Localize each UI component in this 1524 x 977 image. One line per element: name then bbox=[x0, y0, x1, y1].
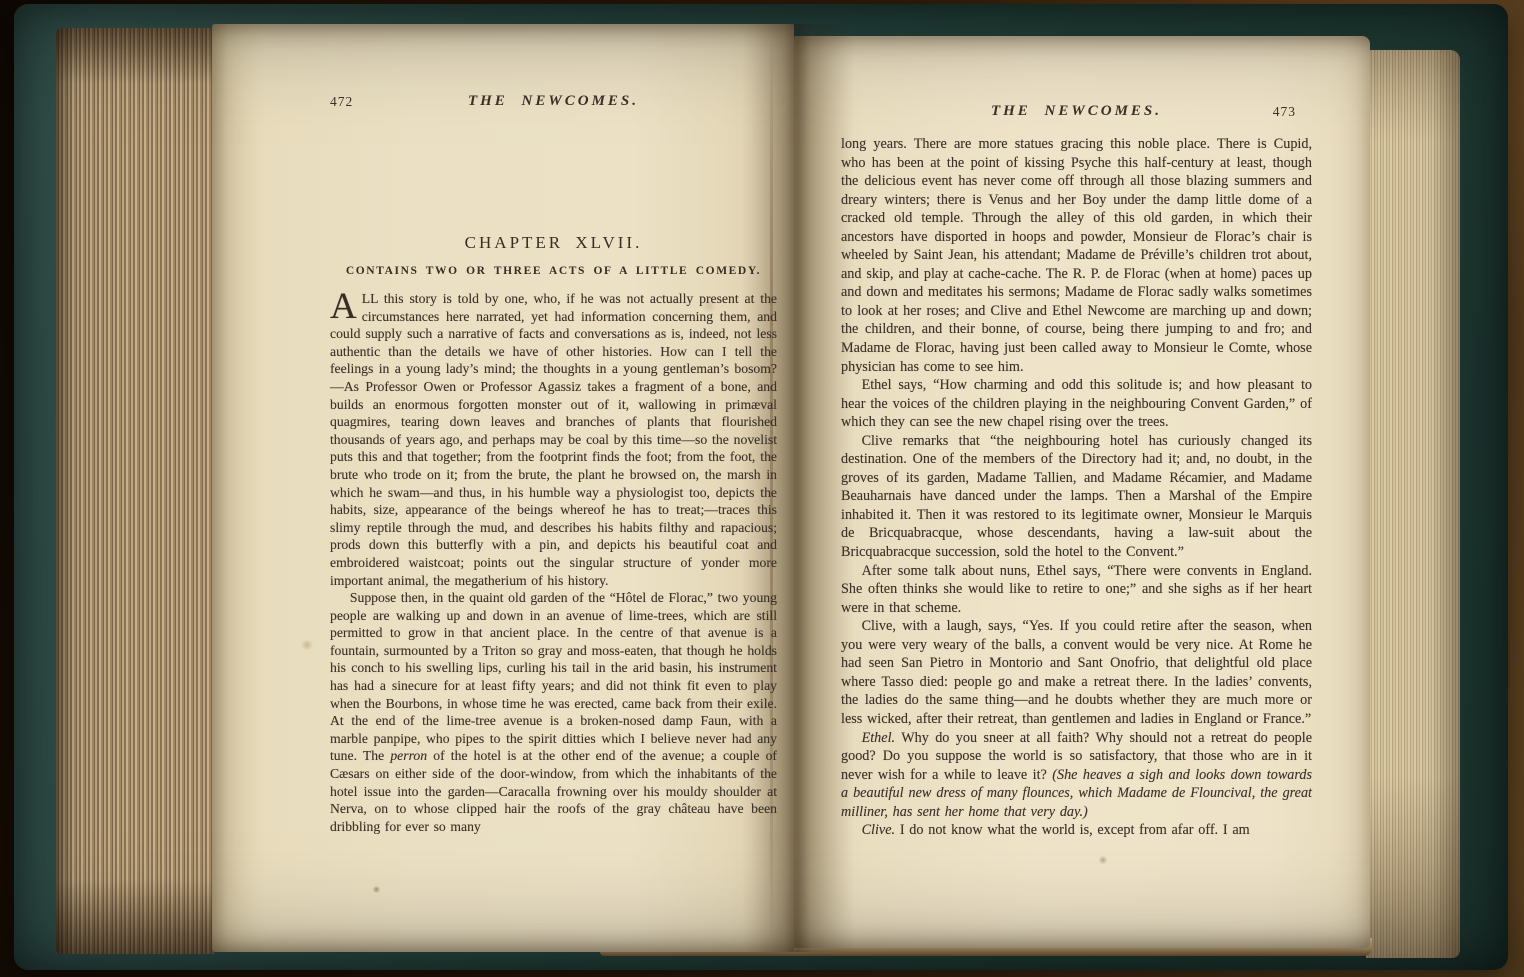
text-segment: Suppose then, in the quaint old garden o… bbox=[330, 590, 777, 763]
book-photo-scene: 472 THE NEWCOMES. CHAPTER XLVII. CONTAIN… bbox=[0, 0, 1524, 977]
right-page-body: long years. There are more statues graci… bbox=[841, 135, 1312, 840]
italic-text-segment: Ethel. bbox=[862, 730, 896, 746]
paragraph: Clive. I do not know what the world is, … bbox=[841, 821, 1312, 840]
paragraph: Clive remarks that “the neighbouring hot… bbox=[841, 432, 1312, 562]
right-page-text-column: THE NEWCOMES. 473 long years. There are … bbox=[841, 102, 1312, 840]
text-segment: I do not know what the world is, except … bbox=[895, 822, 1250, 838]
drop-cap: A bbox=[330, 290, 362, 321]
paragraph: long years. There are more statues graci… bbox=[841, 135, 1312, 376]
text-segment: Clive, with a laugh, says, “Yes. If you … bbox=[841, 618, 1312, 727]
right-running-head: THE NEWCOMES. bbox=[991, 103, 1162, 120]
text-segment: After some talk about nuns, Ethel says, … bbox=[841, 563, 1312, 616]
left-page-number: 472 bbox=[330, 94, 353, 110]
paragraph: Clive, with a laugh, says, “Yes. If you … bbox=[841, 617, 1312, 728]
chapter-subtitle: CONTAINS TWO OR THREE ACTS OF A LITTLE C… bbox=[330, 265, 777, 277]
text-segment: Ethel says, “How charming and odd this s… bbox=[841, 377, 1312, 430]
right-running-head-row: THE NEWCOMES. 473 bbox=[841, 102, 1312, 122]
right-page-edge-stack bbox=[1366, 50, 1460, 958]
paragraph: ALL this story is told by one, who, if h… bbox=[330, 290, 777, 589]
left-running-head-row: 472 THE NEWCOMES. bbox=[330, 92, 777, 112]
left-page-text-column: 472 THE NEWCOMES. CHAPTER XLVII. CONTAIN… bbox=[330, 92, 777, 835]
paragraph: Ethel. Why do you sneer at all faith? Wh… bbox=[841, 729, 1312, 822]
paragraph: Ethel says, “How charming and odd this s… bbox=[841, 376, 1312, 432]
right-page-number: 473 bbox=[1273, 104, 1296, 120]
italic-text-segment: Clive. bbox=[862, 822, 896, 838]
left-page-edge-stack bbox=[56, 28, 214, 954]
text-segment: long years. There are more statues graci… bbox=[841, 136, 1312, 375]
left-running-head: THE NEWCOMES. bbox=[468, 93, 639, 110]
paragraph: After some talk about nuns, Ethel says, … bbox=[841, 562, 1312, 618]
text-segment: LL this story is told by one, who, if he… bbox=[330, 291, 777, 588]
chapter-heading: CHAPTER XLVII. bbox=[330, 233, 777, 253]
italic-text-segment: perron bbox=[390, 748, 427, 763]
text-segment: Clive remarks that “the neighbouring hot… bbox=[841, 433, 1312, 560]
left-page-body: ALL this story is told by one, who, if h… bbox=[330, 290, 777, 835]
paragraph: Suppose then, in the quaint old garden o… bbox=[330, 589, 777, 835]
